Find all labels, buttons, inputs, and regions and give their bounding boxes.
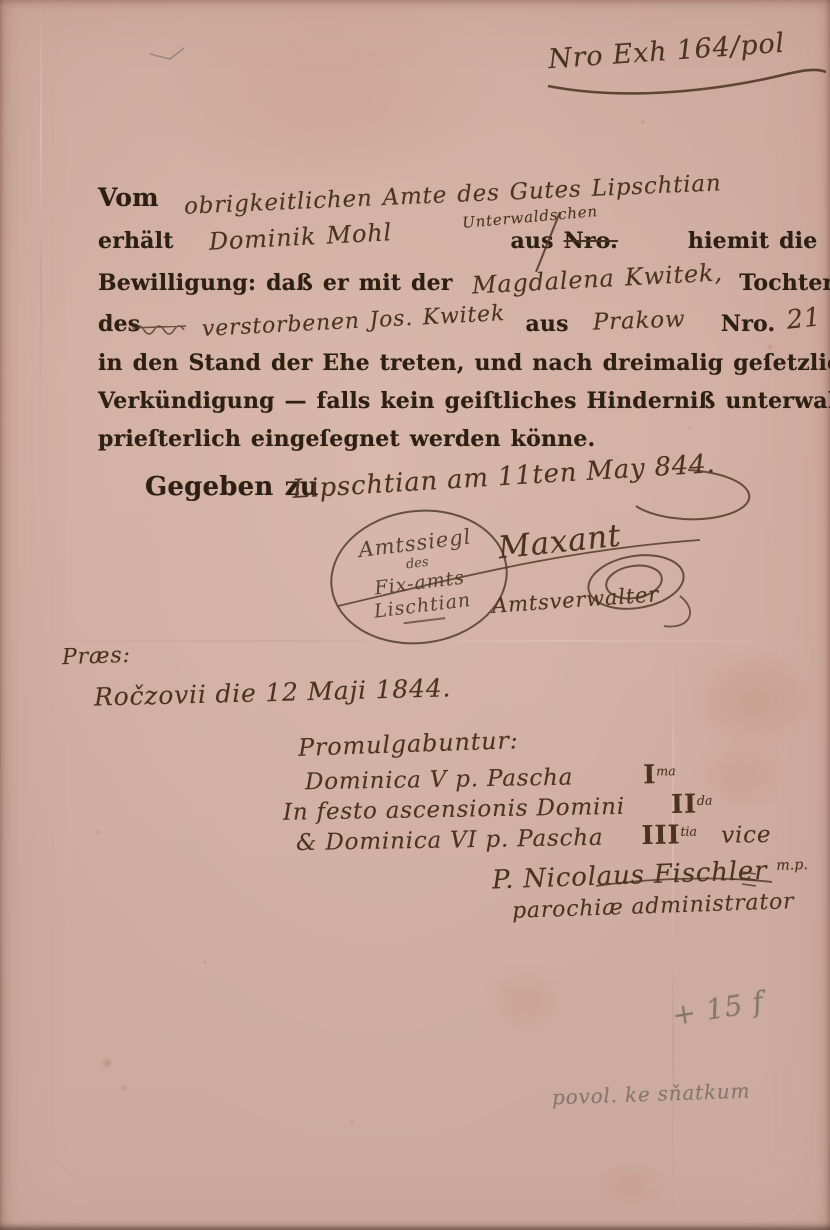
pencil-archival-note: povol. ke sňatkum <box>552 1079 751 1110</box>
body-line-3: Bewilligung: daß er mit der Magdalena Kw… <box>98 268 830 296</box>
official-signature-title: Amtsverwalter <box>491 582 659 618</box>
promulgation-row-3-text: & Dominica VI p. Pascha <box>296 825 604 856</box>
registry-note-text: Nro Exh 164/pol <box>547 28 786 75</box>
body-line-6: Verkündigung — falls kein geiſtliches Hi… <box>98 388 830 414</box>
priest-signature-name: P. Nicolaus Fischler <box>492 856 768 896</box>
paper-crease-vertical-top <box>40 0 42 420</box>
body-line-7: prieſterlich eingeſegnet werden könne. <box>98 426 595 452</box>
promulgation-row-3-suffix: tia <box>680 824 697 839</box>
paper-crease-vertical-bottom <box>672 640 674 1230</box>
promulgation-header: Promulgabuntur: <box>298 726 519 762</box>
hand-issuing-authority: obrigkeitlichen Amte des Gutes Lipschtia… <box>183 170 722 219</box>
promulgation-row-2-numeral: II <box>671 790 697 820</box>
registry-note: Nro Exh 164/pol <box>547 28 786 75</box>
body-line-1: Vom obrigkeitlichen Amte des Gutes Lipsc… <box>98 183 722 212</box>
praes-line: Ročzovii die 12 Maji 1844. <box>94 673 452 711</box>
promulgation-row-1-numeral: I <box>643 760 656 790</box>
promulgation-row-3-numeral: III <box>641 820 680 851</box>
printed-bewilligung: Bewilligung: daß er mit der <box>98 270 453 296</box>
hand-bride-father: verstorbenen Jos. Kwitek <box>202 301 506 342</box>
printed-nro-struck: Nro. <box>564 228 618 254</box>
promulgation-row-2-suffix: da <box>697 793 713 808</box>
promulgation-row-2-text: In festo ascensionis Domini <box>283 794 625 826</box>
dateline-hand: Lipschtian am 11ten May 844. <box>291 449 716 505</box>
printed-aus-2: aus <box>525 311 568 337</box>
body-line-4: des verstorbenen Jos. Kwitek aus Prakow … <box>98 308 822 338</box>
hand-house-number: 21 <box>785 302 823 335</box>
registry-note-flourish <box>548 70 826 94</box>
pencil-check-mark <box>150 48 184 59</box>
hand-bride-name: Magdalena Kwitek, <box>472 258 724 299</box>
office-seal: Amtssiegl des Fix-amts Lischtian <box>322 500 515 655</box>
printed-erhaelt: erhält <box>98 228 174 254</box>
printed-aus: aus <box>510 228 553 254</box>
praes-label: Præs: <box>62 643 132 670</box>
priest-signature-title: parochiæ administrator <box>512 889 795 924</box>
printed-vom: Vom <box>98 183 159 212</box>
hand-bride-village: Prakow <box>592 306 685 335</box>
promulgation-row-1-suffix: ma <box>656 763 676 778</box>
priest-signature-mp: m.p. <box>776 857 808 874</box>
pencil-fee-note: + 15 f <box>670 985 766 1032</box>
body-line-2: erhält Dominik Mohl aus Nro. hiemit die <box>98 226 817 254</box>
promulgation-row-3-tail: vice <box>721 822 771 849</box>
promulgation-row-1-text: Dominica V p. Pascha <box>305 765 574 796</box>
official-signature-name: Maxant <box>496 518 623 567</box>
body-line-5: in den Stand der Ehe treten, und nach dr… <box>98 350 830 376</box>
printed-tochter: Tochter <box>739 270 830 296</box>
printed-nro-2: Nro. <box>721 311 775 337</box>
signature-paraph-tail <box>664 596 690 627</box>
printed-des: des <box>98 311 140 337</box>
document-page: Nro Exh 164/pol Vom obrigkeitlichen Amte… <box>0 0 830 1230</box>
hand-groom-name: Dominik Mohl <box>209 218 393 256</box>
seal-line-2: des <box>405 556 429 573</box>
printed-hiemit-die: hiemit die <box>688 228 818 254</box>
